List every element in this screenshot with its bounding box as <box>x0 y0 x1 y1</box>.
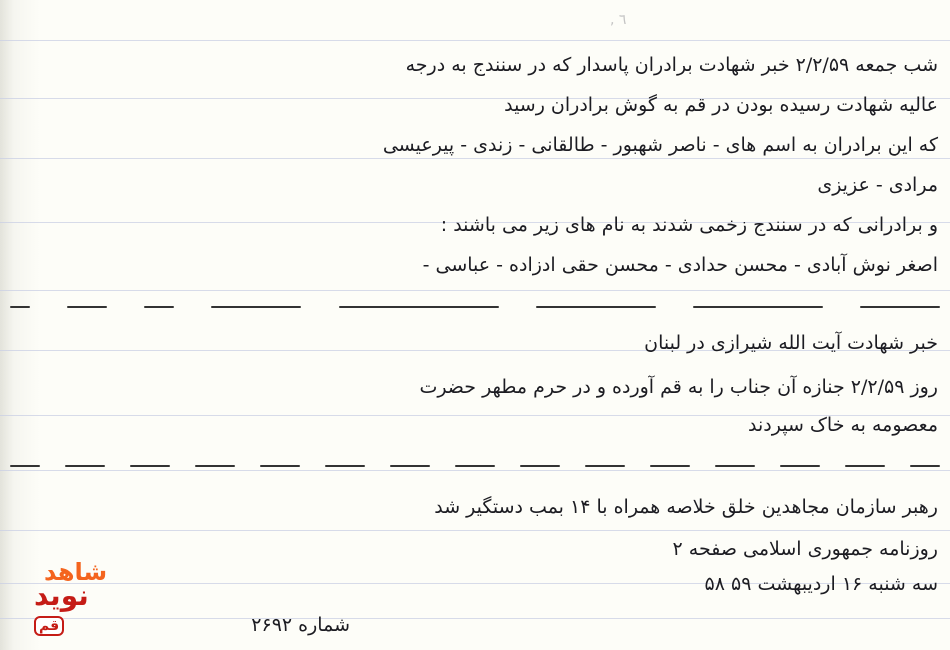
handwritten-line-5: و برادرانی که در سنندج زخمی شدند به نام … <box>441 216 938 235</box>
handwritten-line-7: خبر شهادت آیت الله شیرازی در لبنان <box>644 334 938 353</box>
ruled-line <box>0 470 950 471</box>
handwritten-line-3: که این برادران به اسم های - ناصر شهبور -… <box>383 136 938 155</box>
logo-text-navid: نوید <box>34 582 89 610</box>
handwritten-line-1: شب جمعه ۲/۲/۵۹ خبر شهادت برادران پاسدار … <box>406 56 938 75</box>
ruled-line <box>0 40 950 41</box>
ruled-line <box>0 158 950 159</box>
handwritten-line-9: معصومه به خاک سپردند <box>748 416 938 435</box>
source-newspaper: روزنامه جمهوری اسلامی صفحه ۲ <box>673 540 938 559</box>
ruled-line <box>0 290 950 291</box>
logo-text-qom: قم <box>34 616 64 636</box>
dashed-separator <box>0 306 950 308</box>
handwritten-line-2: عالیه شهادت رسیده بودن در قم به گوش براد… <box>504 96 938 115</box>
notebook-page: ٦ , شب جمعه ۲/۲/۵۹ خبر شهادت برادران پاس… <box>0 0 950 650</box>
navid-shahed-qom-logo: شاهد نوید قم <box>30 560 120 640</box>
handwritten-line-8: روز ۲/۲/۵۹ جنازه آن جناب را به قم آورده … <box>419 378 938 397</box>
handwritten-line-6: اصغر نوش آبادی - محسن حدادی - محسن حقی ا… <box>423 256 938 275</box>
ruled-line <box>0 530 950 531</box>
source-issue-number: شماره ۲۶۹۲ <box>251 616 350 635</box>
ruled-line <box>0 618 950 619</box>
dashed-separator <box>0 465 950 467</box>
source-date: سه شنبه ۱۶ اردیبهشت ۵۹ ۵۸ <box>705 575 938 594</box>
handwritten-line-4: مرادی - عزیزی <box>817 176 938 195</box>
page-marker: ٦ , <box>610 12 626 28</box>
handwritten-line-10: رهبر سازمان مجاهدین خلق خلاصه همراه با ۱… <box>434 498 938 517</box>
